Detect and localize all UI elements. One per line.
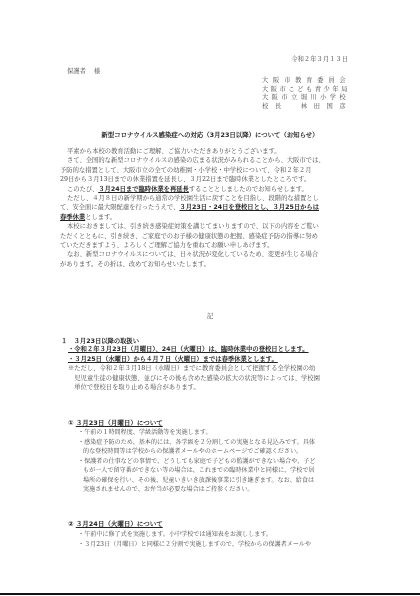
paragraph-line: ただくとともに、引き続き、ご家庭でのお子様の健康状態の把握、感染症予防の指導に努… [60,232,362,241]
text-run: このたび、 [67,186,98,193]
paragraph-line: なお、新型コロナウイルスについては、日々状況が変化しているため、変更が生じる場合 [60,250,362,259]
sender-line: 大阪市教育委員会 [262,77,348,86]
emphasis-school-days: ３月23日・24日を登校日とし、３月25日からは [179,204,319,211]
note-line: 単位で登校日を取り止める場合があります。 [68,383,320,393]
paragraph-line: ていただきますよう、よろしくご理解ご協力を重ねてお願い申しあげます。 [60,241,362,250]
sender-line: 大阪市こども青少年局 [262,86,348,95]
section-heading: １ ３月23日以降の取扱い [61,336,139,345]
sender-line: 校長 林田国彦 [262,103,348,112]
subsection-heading-march-23: ① ３月23日（月曜日）について [68,418,163,427]
subsection-title: ３月23日（月曜日）について [76,419,163,427]
paragraph-line: 本校におきましては、引き続き感染症対策を講じてまいりますので、以下の内容をご覧い [60,222,362,231]
circled-number-2: ② [68,520,74,528]
text-run: て、安全面に最大限配慮を行ったうえで、 [60,204,179,211]
section1-list: ・令和２年３月23日（月曜日）、24日（火曜日）は、臨時休業中の登校日とします。… [68,345,320,393]
list-item-continuation: 場所の確保を行い、その後、児童いきいき放課後事業に引き継ぎます。なお、給食は [78,476,315,486]
text-run: とします。 [85,214,116,221]
circled-number-1: ① [68,419,74,427]
emphasis-extension: ３月24日まで臨時休業を再延長 [98,186,189,193]
sender-line: 大阪市立堀川小学校 [262,94,348,103]
paragraph-line: があります。その折は、改めてお知らせいたします。 [60,260,362,269]
list-item: ・午前中に修了式を実施します。小中学校では通知表をお渡しします。 [78,530,311,540]
note-line: 児児童生徒の健康状態、並びにその後も含めた感染の拡大の状況等によっては、学校園 [68,374,320,384]
paragraph-line: 春季休業とします。 [60,213,362,222]
addressee: 保護者様 [67,66,100,75]
list-item-continuation: もが一人で留守番ができない等の場合は、これまでの臨時休業中と同様に、学校で居 [78,466,315,476]
addressee-honorific: 様 [94,68,100,75]
bullet-spring-break: ・３月25日（水曜日）から４月７日（火曜日）までは春季休業とします。 [68,355,320,365]
list-item: ・３月23日（月曜日）と同様に２分割で実施しますので、学校からの保護者メールや [78,540,311,550]
paragraph-line: て、安全面に最大限配慮を行ったうえで、３月23日・24日を登校日とし、３月25日… [60,203,362,212]
document-page: 令和２年３月１３日 保護者様 大阪市教育委員会 大阪市こども青少年局 大阪市立堀… [0,0,420,596]
paragraph-line: ただし、４月８日の新学期から通常の学校園生活に戻すことを目指し、段階的な措置とし [60,194,362,203]
paragraph-line: 予防的な措置として、大阪市立の全ての幼稚園・小学校・中学校について、令和２年２月 [60,166,362,175]
paragraph-line: さて、全国的な新型コロナウイルスの感染の広まる状況がみられることから、大阪市では… [60,156,362,165]
list-item-continuation: 的な登校時間等は学校からの保護者メールやのホームページでご確認ください。 [78,447,315,457]
note-line: ※ただし、令和２年３月18日（水曜日）までに教育委員会として把握する全学校園の幼 [68,364,320,374]
subsection-title: ３月24日（火曜日）について [76,520,163,528]
paragraph-line: このたび、３月24日まで臨時休業を再延長することとしましたのでお知らせします。 [60,185,362,194]
addressee-name: 保護者 [67,68,86,75]
paragraph-line: 29日から３月13日までの休業措置を延長し、３月22日まで臨時休業としたところで… [60,175,362,184]
subsection-heading-march-24: ② ３月24日（火曜日）について [68,519,163,528]
document-date: 令和２年３月１３日 [291,54,348,63]
bullet-school-days: ・令和２年３月23日（月曜日）、24日（火曜日）は、臨時休業中の登校日とします。 [68,345,320,355]
page-bottom-border [0,593,420,595]
list-item: ・保護者の仕事などの事情で、どうしても家庭で子どもの監護ができない場合や、子ど [78,457,315,467]
subsection2-items: ・午前中に修了式を実施します。小中学校では通知表をお渡しします。 ・３月23日（… [78,530,311,549]
list-item: ・感染症予防のため、基本的には、各学級を２分割しての実施となる見込みです。具体 [78,438,315,448]
subsection1-items: ・午前の１時間程度、学級活動等を実施します。 ・感染症予防のため、基本的には、各… [78,428,315,495]
list-item-continuation: 実施されませんので、お弁当が必要な場合はご持参ください。 [78,485,315,495]
body-text: 平素から本校の教育活動にご理解、ご協力いただきありがとうございます。 さて、全国… [60,147,362,269]
list-item: ・午前の１時間程度、学級活動等を実施します。 [78,428,315,438]
sender-block: 大阪市教育委員会 大阪市こども青少年局 大阪市立堀川小学校 校長 林田国彦 [262,77,348,111]
document-title: 新型コロナウイルス感染症への対応（3月23日以降）について（お知らせ） [0,130,420,139]
ki-heading: 記 [0,311,420,320]
emphasis-spring-break: 春季休業 [60,214,85,221]
text-run: することとしましたのでお知らせします。 [189,186,308,193]
paragraph: 平素から本校の教育活動にご理解、ご協力いただきありがとうございます。 [60,147,362,156]
